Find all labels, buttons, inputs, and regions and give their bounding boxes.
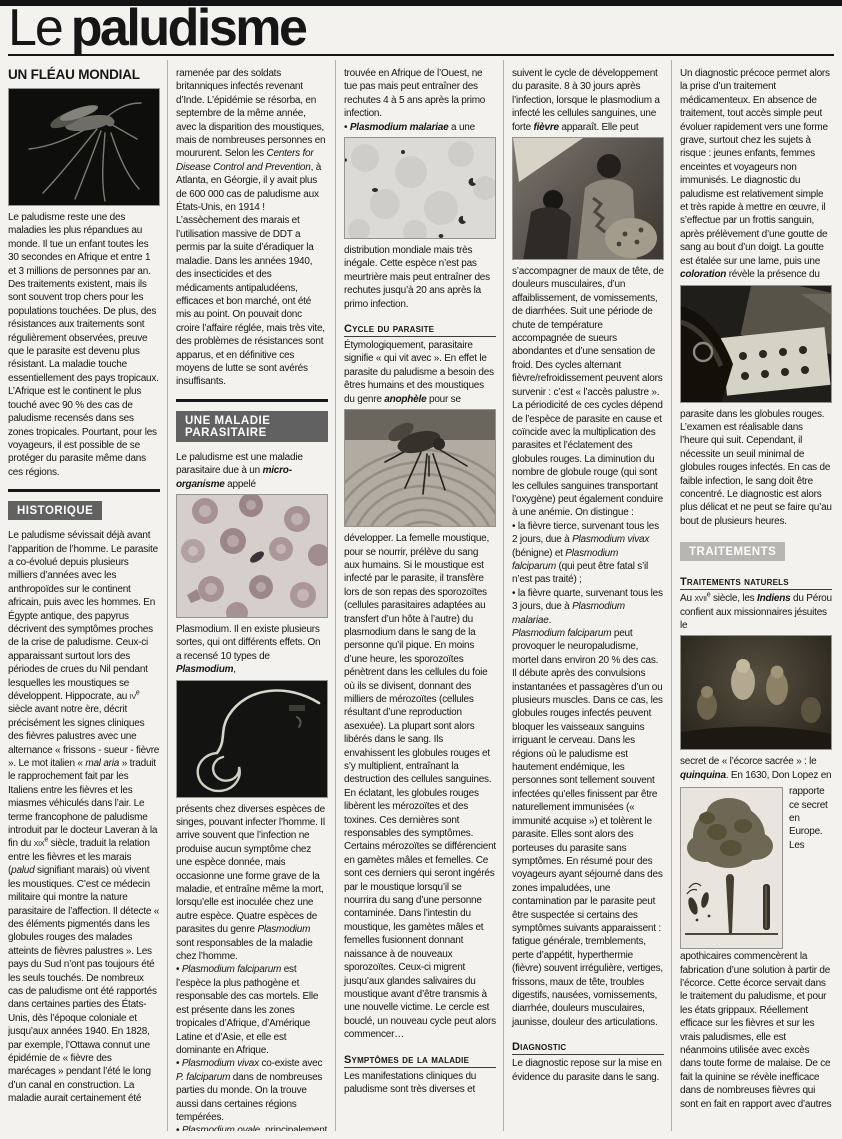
paragraph: parasite dans les globules rouges. L’exa… [680, 408, 832, 529]
paragraph: Le diagnostic repose sur la mise en évid… [512, 1057, 664, 1084]
patients-illustration [513, 138, 664, 260]
paragraph: s’accompagner de maux de tête, de douleu… [512, 265, 664, 520]
bullet-item: • Plasmodium falciparum est l’espèce la … [176, 963, 328, 1057]
paragraph: Plasmodium falciparum peut provoquer le … [512, 627, 664, 1029]
masthead: Le paludisme [8, 0, 834, 56]
bullet-item: • Plasmodium ovale, principalement [176, 1124, 328, 1131]
peru-missionaries-painting [680, 635, 832, 750]
section-heading-maladie-parasitaire: UNE MALADIE PARASITAIRE [176, 411, 328, 442]
paragraph: Les manifestations cliniques du paludism… [344, 1070, 496, 1097]
column-2: ramenée par des soldats britanniques inf… [167, 60, 328, 1131]
parasite-worm-illustration [177, 681, 328, 798]
paragraph: présents chez diverses espèces de singes… [176, 803, 328, 964]
paragraph: Étymologiquement, parasitaire signifie «… [344, 339, 496, 406]
section-heading-traitements: TRAITEMENTS [680, 542, 785, 561]
bullet-item: • Plasmodium vivax co-existe avec P. fal… [176, 1057, 328, 1124]
section-divider-rule [8, 489, 160, 492]
parasite-micrograph-photo [176, 680, 328, 798]
subsection-heading-traitements-naturels: Traitements naturels [680, 576, 832, 590]
malariae-blood-smear-photo [344, 137, 496, 239]
paragraph: Au xviie siècle, les Indiens du Pérou co… [680, 592, 832, 632]
blood-test-illustration [681, 286, 832, 403]
page-title: Le paludisme [8, 2, 305, 54]
section-heading-historique: HISTORIQUE [8, 501, 102, 520]
paragraph: trouvée en Afrique de l’Ouest, ne tue pa… [344, 67, 496, 121]
bullet-item: • Plasmodium malariae a une [344, 121, 496, 134]
paragraph: développer. La femelle moustique, pour s… [344, 532, 496, 1041]
bullet-item: • la fièvre quarte, survenant tous les 3… [512, 587, 664, 627]
blood-test-slides-photo [680, 285, 832, 403]
light-micrograph-illustration [345, 138, 496, 239]
mosquito-on-finger-illustration [345, 410, 496, 527]
paragraph: Un diagnostic précoce permet alors la pr… [680, 67, 832, 282]
painting-figures-illustration [681, 636, 832, 750]
columns-container: UN FLÉAU MONDIAL [8, 60, 834, 1131]
paragraph: Le paludisme reste une des maladies les … [8, 211, 160, 479]
page-title-lead: Le [8, 0, 62, 57]
subsection-heading-cycle: Cycle du parasite [344, 323, 496, 337]
column-1: UN FLÉAU MONDIAL [8, 60, 160, 1131]
mosquito-illustration [9, 89, 160, 206]
paragraph: Plasmodium. Il en existe plusieurs sorte… [176, 623, 328, 677]
section-divider-rule [176, 399, 328, 402]
column-5: Un diagnostic précoce permet alors la pr… [671, 60, 832, 1131]
column-4: suivent le cycle de développement du par… [503, 60, 664, 1131]
paragraph: secret de « l’écorce sacrée » : le quinq… [680, 755, 832, 782]
tree-text-wrap: rapporte ce secret en Europe. Les apothi… [680, 785, 832, 1111]
paragraph: Le paludisme est une maladie parasitaire… [176, 451, 328, 491]
column-3: trouvée en Afrique de l’Ouest, ne tue pa… [335, 60, 496, 1131]
paragraph: distribution mondiale mais très inégale.… [344, 244, 496, 311]
quinquina-tree-engraving [680, 787, 783, 949]
malaria-patients-photo [512, 137, 664, 260]
paragraph: Le paludisme sévissait déjà avant l’appa… [8, 529, 160, 1105]
tree-illustration [681, 788, 782, 948]
section-heading-fleau-mondial: UN FLÉAU MONDIAL [8, 67, 160, 82]
mosquito-biting-skin-photo [344, 409, 496, 527]
blood-cells-illustration [177, 495, 328, 618]
page-title-main: paludisme [71, 0, 306, 57]
plasmodium-blood-smear-photo [176, 494, 328, 618]
encyclopedia-page: Le paludisme UN FLÉAU MONDIAL [0, 0, 842, 1139]
subsection-heading-symptomes: Symptômes de la maladie [344, 1054, 496, 1068]
bullet-item: • la fièvre tierce, survenant tous les 2… [512, 520, 664, 587]
subsection-heading-diagnostic: Diagnostic [512, 1041, 664, 1055]
paragraph: ramenée par des soldats britanniques inf… [176, 67, 328, 389]
paragraph: suivent le cycle de développement du par… [512, 67, 664, 134]
anopheles-mosquito-photo [8, 88, 160, 206]
